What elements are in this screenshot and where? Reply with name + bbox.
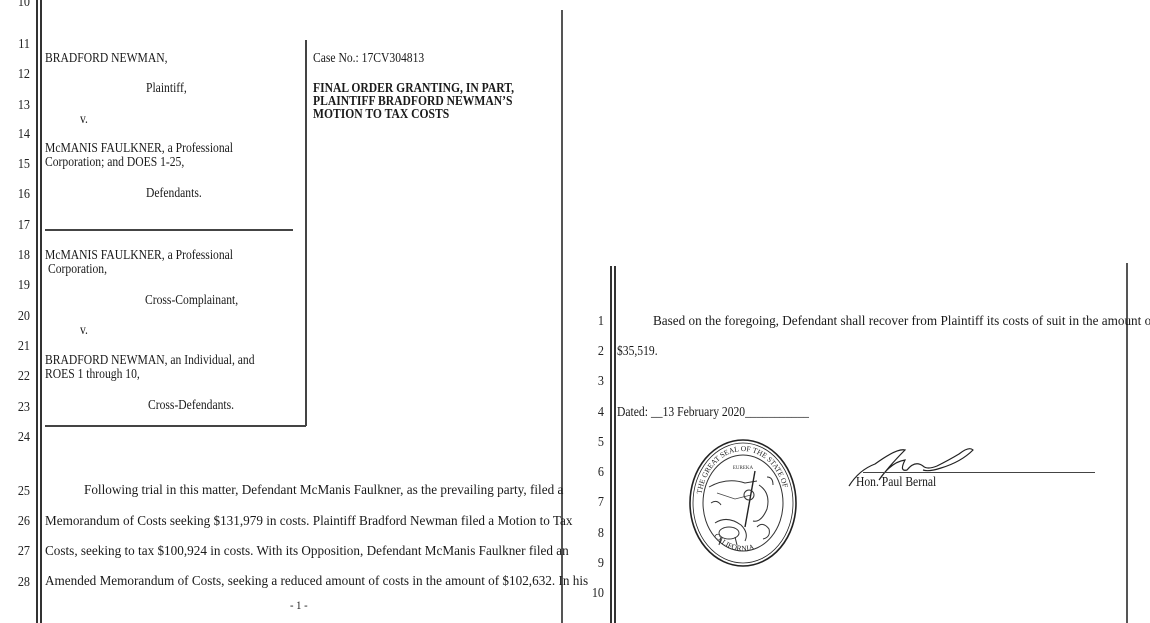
- body-line-26: Memorandum of Costs seeking $131,979 in …: [45, 513, 556, 528]
- cross-defendant-line2: ROES 1 through 10,: [45, 366, 140, 381]
- versus-text: v.: [80, 111, 88, 126]
- left-margin-rule-outer: [36, 0, 38, 623]
- line-number: 11: [10, 36, 30, 51]
- line-number: 10: [584, 585, 604, 600]
- line-number: 14: [10, 126, 30, 141]
- line-number: 17: [10, 217, 30, 232]
- line-number: 19: [10, 277, 30, 292]
- line-number: 4: [584, 404, 604, 419]
- cross-defendant-role: Cross-Defendants.: [148, 397, 234, 412]
- defendant-name-line1: McMANIS FAULKNER, a Professional: [45, 140, 233, 155]
- line-number: 16: [10, 186, 30, 201]
- line-number: 24: [10, 429, 30, 444]
- body-line-1: Based on the foregoing, Defendant shall …: [653, 313, 1123, 328]
- body-line-27: Costs, seeking to tax $100,924 in costs.…: [45, 543, 556, 558]
- line-number: 6: [584, 464, 604, 479]
- dated-label: Dated:: [617, 404, 648, 419]
- body-text: Following trial in this matter, Defendan…: [84, 482, 563, 497]
- left-margin-rule-outer: [610, 266, 612, 623]
- left-margin-rule-inner: [40, 0, 42, 623]
- right-page: 12345678910 Based on the foregoing, Defe…: [575, 0, 1150, 623]
- body-text: Amended Memorandum of Costs, seeking a r…: [45, 573, 588, 588]
- line-number: 2: [584, 343, 604, 358]
- svg-text:CALIFORNIA: CALIFORNIA: [712, 531, 755, 552]
- line-number: 13: [10, 97, 30, 112]
- line-number: 22: [10, 368, 30, 383]
- plaintiff-name: BRADFORD NEWMAN,: [45, 50, 168, 65]
- signatory-name: Hon. Paul Bernal: [856, 474, 936, 489]
- signature-line: [863, 472, 1095, 473]
- body-text: Based on the foregoing, Defendant shall …: [653, 313, 1150, 328]
- cross-complainant-role: Cross-Complainant,: [145, 292, 238, 307]
- award-amount: $35,519.: [617, 343, 658, 358]
- line-number: 23: [10, 399, 30, 414]
- cross-defendant-line1: BRADFORD NEWMAN, an Individual, and: [45, 352, 255, 367]
- body-text: Memorandum of Costs seeking $131,979 in …: [45, 513, 573, 528]
- line-number: 8: [584, 525, 604, 540]
- caption-bottom-rule: [45, 425, 306, 427]
- case-number: Case No.: 17CV304813: [313, 50, 424, 65]
- line-number: 15: [10, 156, 30, 171]
- versus-text-2: v.: [80, 322, 88, 337]
- defendant-name-line2: Corporation; and DOES 1-25,: [45, 154, 184, 169]
- body-line-28: Amended Memorandum of Costs, seeking a r…: [45, 573, 556, 588]
- svg-text:EUREKA: EUREKA: [733, 466, 754, 471]
- cross-complainant-line1: McMANIS FAULKNER, a Professional: [45, 247, 233, 262]
- right-margin-rule: [561, 10, 563, 623]
- line-number: 28: [10, 574, 30, 589]
- line-number: 25: [10, 483, 30, 498]
- california-state-seal-icon: THE GREAT SEAL OF THE STATE OF CALIFORNI…: [687, 437, 799, 569]
- left-margin-rule-inner: [614, 266, 616, 623]
- body-text: Costs, seeking to tax $100,924 in costs.…: [45, 543, 569, 558]
- caption-separator: [45, 229, 293, 231]
- line-number: 1: [584, 313, 604, 328]
- cross-complainant-line2: Corporation,: [48, 261, 107, 276]
- line-number: 21: [10, 338, 30, 353]
- line-number: 5: [584, 434, 604, 449]
- line-number: 3: [584, 373, 604, 388]
- dated-value: __13 February 2020___________: [651, 404, 809, 419]
- line-number: 27: [10, 543, 30, 558]
- order-title-line3: MOTION TO TAX COSTS: [313, 106, 449, 121]
- line-number: 12: [10, 66, 30, 81]
- defendant-role: Defendants.: [146, 185, 202, 200]
- caption-divider: [305, 40, 307, 426]
- line-number: 20: [10, 308, 30, 323]
- line-number: 7: [584, 494, 604, 509]
- line-number: 9: [584, 555, 604, 570]
- line-number: 18: [10, 247, 30, 262]
- left-page: 10111213141516171819202122232425262728 B…: [0, 0, 575, 623]
- line-number: 10: [10, 0, 30, 9]
- page-number: - 1 -: [290, 598, 308, 613]
- body-line-25: Following trial in this matter, Defendan…: [84, 482, 556, 497]
- plaintiff-role: Plaintiff,: [146, 80, 187, 95]
- line-number: 26: [10, 513, 30, 528]
